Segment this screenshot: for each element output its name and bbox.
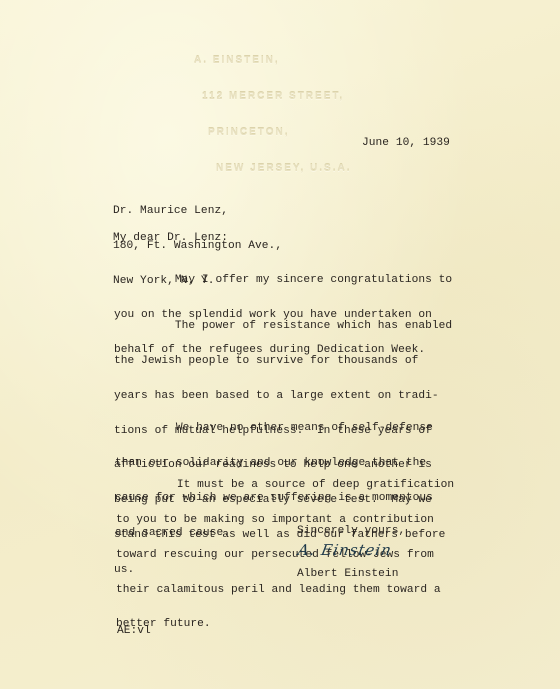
paragraph-line: The power of resistance which has enable… xyxy=(114,321,452,333)
handwritten-signature: A. Einstein xyxy=(296,541,393,559)
salutation: My dear Dr. Lenz: xyxy=(113,233,228,245)
paragraph-line: better future. xyxy=(116,619,454,631)
letter-date: June 10, 1939 xyxy=(362,138,450,150)
signer-name: Albert Einstein xyxy=(297,569,398,581)
letterhead-line: NEW JERSEY, U.S.A. xyxy=(194,163,351,175)
embossed-letterhead: A. EINSTEIN, 112 MERCER STREET, PRINCETO… xyxy=(194,31,351,187)
letterhead-line: PRINCETON, xyxy=(194,127,351,139)
paragraph-line: May I offer my sincere congratulations t… xyxy=(114,275,452,287)
paragraph-line: It must be a source of deep gratificatio… xyxy=(116,480,454,492)
paragraph-line: We have no other means of self-defense xyxy=(115,423,433,435)
reference-initials: AE:vl xyxy=(117,626,151,638)
recipient-line: Dr. Maurice Lenz, xyxy=(113,206,282,218)
paragraph-line: the Jewish people to survive for thousan… xyxy=(114,356,452,368)
body-paragraph-4: It must be a source of deep gratificatio… xyxy=(116,457,454,643)
closing: Sincerely yours, xyxy=(297,526,405,538)
paragraph-line: toward rescuing our persecuted fellow-Je… xyxy=(116,550,454,562)
paragraph-line: their calamitous peril and leading them … xyxy=(116,585,454,597)
letterhead-line: A. EINSTEIN, xyxy=(194,55,351,67)
letterhead-line: 112 MERCER STREET, xyxy=(194,91,351,103)
